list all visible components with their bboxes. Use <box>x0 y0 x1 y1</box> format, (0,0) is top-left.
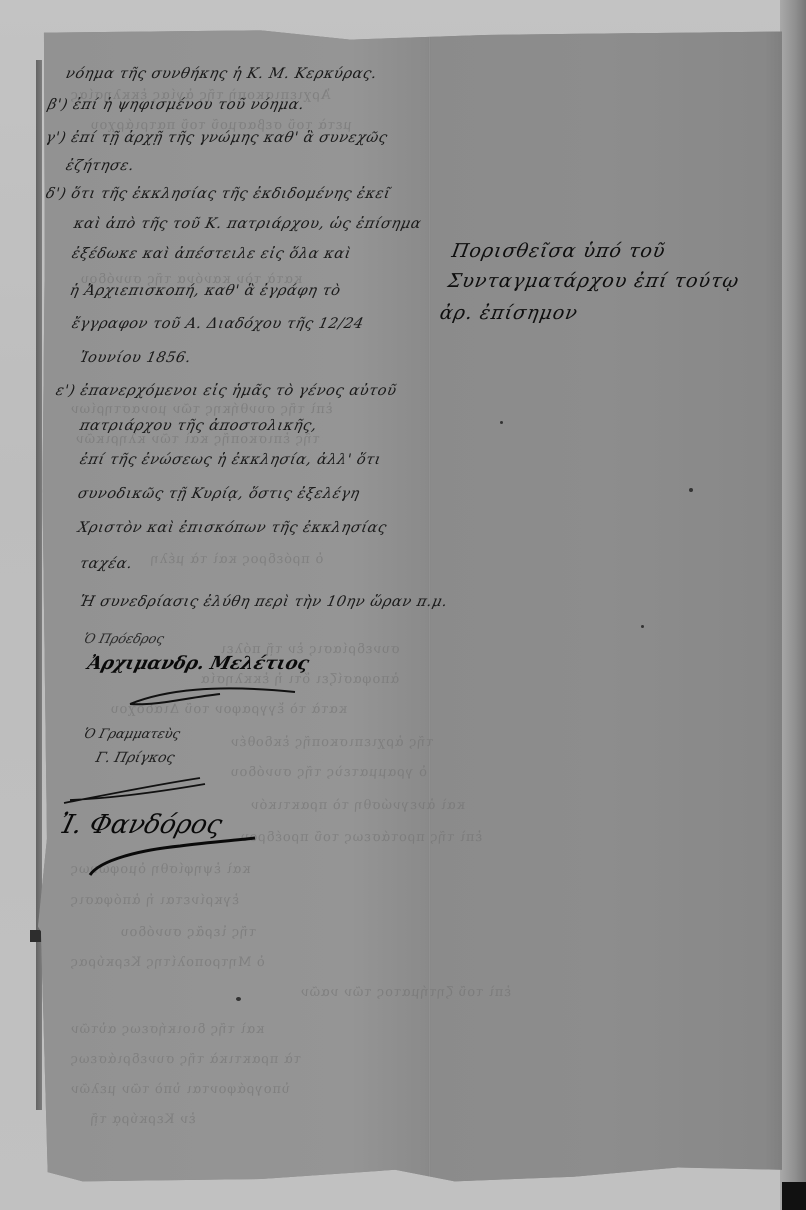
body-line: ε') ἐπανερχόμενοι εἰς ἡμᾶς τὸ γένος αὐτο… <box>54 383 398 399</box>
body-line-text: ἐξέδωκε καὶ ἀπέστειλε εἰς ὅλα καὶ <box>70 246 352 262</box>
body-line: νόημα τῆς συνθήκης ἡ Κ. Μ. Κερκύρας. <box>64 66 378 82</box>
body-line: ἔγγραφον τοῦ Α. Διαδόχου τῆς 12/24 <box>70 316 365 332</box>
item-label: ε') <box>54 383 77 399</box>
bleed-line: ἐν Κερκύρᾳ τῇ <box>88 1112 197 1127</box>
body-line: ἐπί τῆς ἐνώσεως ἡ ἐκκλησία, ἀλλ' ὅτι <box>78 452 382 468</box>
bleed-line: τῆς ἐπισκοπῆς καὶ τῶν κληρικῶν <box>73 432 321 447</box>
bleed-line: τῆς ἀρχιεπισκοπῆς ἐκδοθέν <box>228 735 435 750</box>
body-line-text: ἐζήτησε. <box>64 158 136 174</box>
bleed-line: ὁ Μητροπολίτης Κερκύρας <box>68 955 266 970</box>
body-line: δ') ὅτι τῆς ἐκκλησίας τῆς ἐκδιδομένης ἐκ… <box>44 186 392 202</box>
bleed-line: ἐπὶ τῆς συνθήκης τῶν μοναστηρίων <box>68 402 334 417</box>
body-line-text: ἡ Ἀρχιεπισκοπή, καθ' ἃ ἐγράφη τὸ <box>68 283 342 299</box>
body-line-text: ὅτι τῆς ἐκκλησίας τῆς ἐκδιδομένης ἐκεῖ <box>70 186 392 202</box>
sheet-right-column <box>430 28 782 1186</box>
bleed-line: ὑπογράφονται ὑπὸ τῶν μελῶν <box>68 1082 291 1097</box>
bleed-line: ὁ γραμματεὺς τῆς συνόδου <box>228 765 429 780</box>
paper-edge-tab <box>30 930 42 942</box>
bleed-line: τῆς ἱερᾶς συνόδου <box>118 925 258 940</box>
paper-speck <box>236 997 241 1001</box>
body-line-text: ἐπί τῇ ἀρχῇ τῆς γνώμης καθ' ἃ συνεχῶς <box>70 130 390 146</box>
body-line-text: Ἡ συνεδρίασις ἐλύθη περὶ τὴν 10ην ὥραν π… <box>78 594 449 610</box>
scanner-edge-shadow <box>780 0 806 1210</box>
body-line: Ἡ συνεδρίασις ἐλύθη περὶ τὴν 10ην ὥραν π… <box>78 594 449 610</box>
body-line-text: Ἰουνίου 1856. <box>78 350 192 366</box>
bleed-line: τὰ πρακτικὰ τῆς συνεδριάσεως <box>68 1052 303 1067</box>
signature-role-president: Ὁ Πρόεδρος <box>82 632 165 647</box>
body-line-text: ταχέα. <box>78 556 134 572</box>
paper-speck <box>689 488 693 492</box>
margin-note-line: ἀρ. ἐπίσημον <box>438 302 580 324</box>
body-line: β') ἐπί ἡ ψηφισμένου τοῦ νόημα. <box>46 97 306 113</box>
margin-note-line: Πορισθεῖσα ὑπό τοῦ <box>450 240 667 262</box>
body-line-text: ἐπανερχόμενοι εἰς ἡμᾶς τὸ γένος αὐτοῦ <box>79 383 398 399</box>
body-line-text: ἐπί τῆς ἐνώσεως ἡ ἐκκλησία, ἀλλ' ὅτι <box>78 452 382 468</box>
body-line-text: ἐπί ἡ ψηφισμένου τοῦ νόημα. <box>71 97 306 113</box>
signature-president: Ἀρχιμανδρ. Μελέτιος <box>85 653 311 674</box>
body-line-text: συνοδικῶς τῇ Κυρίᾳ, ὅστις ἐξελέγη <box>76 486 361 502</box>
paper-speck <box>641 625 644 628</box>
signature-secretary: Γ. Πρίγκος <box>94 750 176 766</box>
signature-flourish <box>60 770 210 810</box>
body-line: συνοδικῶς τῇ Κυρίᾳ, ὅστις ἐξελέγη <box>76 486 361 502</box>
body-line: γ') ἐπί τῇ ἀρχῇ τῆς γνώμης καθ' ἃ συνεχῶ… <box>44 130 389 146</box>
body-line: Ἰουνίου 1856. <box>78 350 192 366</box>
body-line: πατριάρχου τῆς ἀποστολικῆς, <box>78 418 318 434</box>
body-line: ταχέα. <box>78 556 134 572</box>
paper-speck <box>500 421 503 424</box>
signature-role-secretary: Ὁ Γραμματεὺς <box>82 727 182 742</box>
body-line-text: πατριάρχου τῆς ἀποστολικῆς, <box>78 418 318 434</box>
paper-left-edge <box>36 60 42 1110</box>
margin-note-line: Συνταγματάρχου ἐπί τούτῳ <box>446 270 741 292</box>
item-label: β') <box>46 97 69 113</box>
item-label: γ') <box>44 130 68 146</box>
body-line: Χριστὸν καὶ ἐπισκόπων τῆς ἐκκλησίας <box>76 520 388 536</box>
bleed-line: ὁ πρόεδρος καὶ τὰ μέλη <box>148 552 325 567</box>
item-label: δ') <box>44 186 68 202</box>
scanner-corner <box>782 1182 806 1210</box>
signature-flourish <box>125 680 305 710</box>
bleed-line: ἐπὶ τῆς προτάσεως τοῦ προέδρου <box>238 830 484 845</box>
bleed-line: καὶ ἀνεγνώσθη τὸ πρακτικόν <box>248 798 467 813</box>
body-line-text: καὶ ἀπὸ τῆς τοῦ Κ. πατριάρχου, ὡς ἐπίσημ… <box>72 216 423 232</box>
body-line-text: νόημα τῆς συνθήκης ἡ Κ. Μ. Κερκύρας. <box>64 66 378 82</box>
body-line: ἐξέδωκε καὶ ἀπέστειλε εἰς ὅλα καὶ <box>70 246 352 262</box>
signature-flourish <box>80 830 260 880</box>
bleed-line: καὶ τῆς διοικήσεως αὐτῶν <box>68 1022 266 1037</box>
body-line-text: ἔγγραφον τοῦ Α. Διαδόχου τῆς 12/24 <box>70 316 365 332</box>
bleed-line: ἐπὶ τοῦ ζητήματος τῶν ναῶν <box>298 985 513 1000</box>
bleed-line: ἐγκρίνεται ἡ ἀπόφασις <box>68 893 241 908</box>
body-line-text: Χριστὸν καὶ ἐπισκόπων τῆς ἐκκλησίας <box>76 520 388 536</box>
body-line: ἡ Ἀρχιεπισκοπή, καθ' ἃ ἐγράφη τὸ <box>68 283 342 299</box>
body-line: ἐζήτησε. <box>64 158 136 174</box>
body-line: καὶ ἀπὸ τῆς τοῦ Κ. πατριάρχου, ὡς ἐπίσημ… <box>72 216 423 232</box>
